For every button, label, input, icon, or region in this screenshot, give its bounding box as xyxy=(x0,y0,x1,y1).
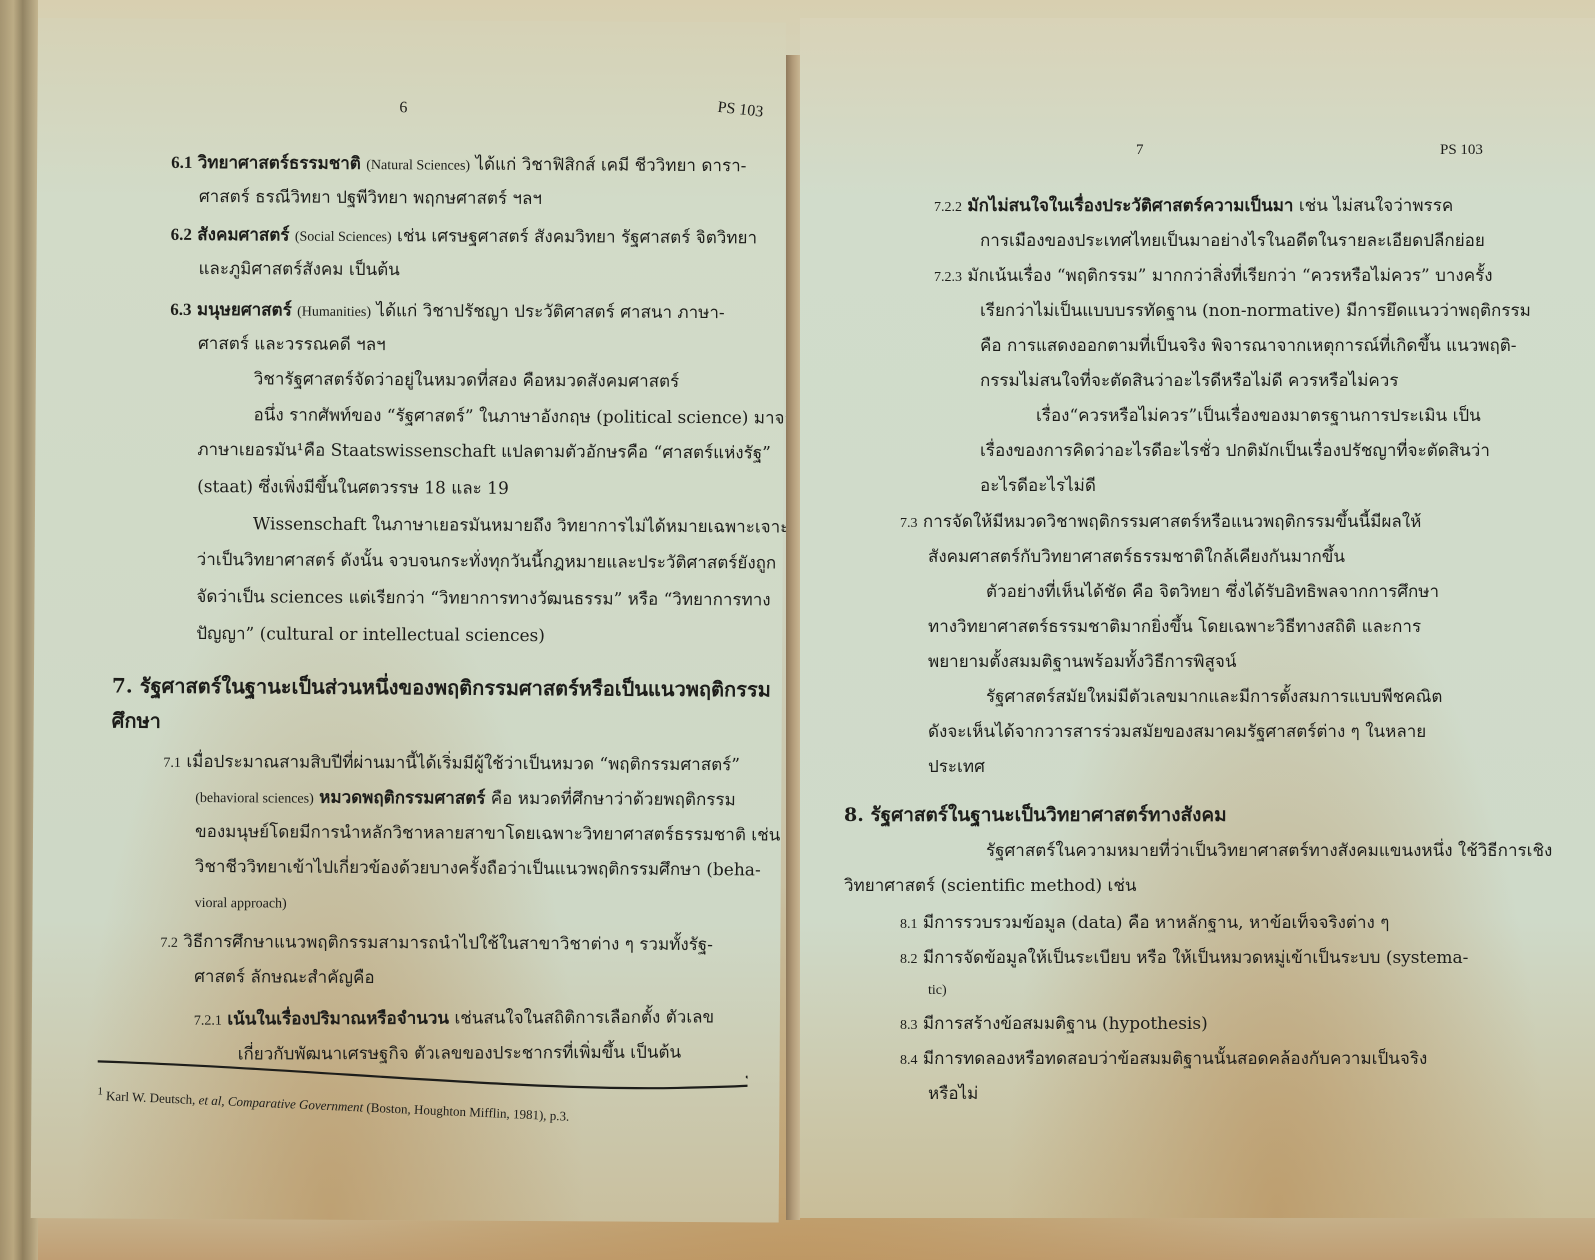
book-spread: 6 PS 103 6.1 วิทยาศาสตร์ธรรมชาติ (Natura… xyxy=(0,0,1595,1260)
item-text: มีการจัดข้อมูลให้เป็นระเบียบ หรือ ให้เป็… xyxy=(923,948,1469,968)
list-item-continuation: ของมนุษย์โดยมีการนำหลักวิชาหลายสาขาโดยเฉ… xyxy=(195,824,780,845)
item-number: 7.2.3 xyxy=(934,270,962,285)
paragraph-classification: วิชารัฐศาสตร์จัดว่าอยู่ในหมวดที่สอง คือห… xyxy=(254,371,680,391)
list-item: 6.3 มนุษยศาสตร์ (Humanities) ได้แก่ วิชา… xyxy=(170,301,725,322)
list-item-continuation: คือ การแสดงออกตามที่เป็นจริง พิจารณาจากเ… xyxy=(980,338,1517,355)
list-item: 7.2.1 เน้นในเรื่องปริมาณหรือจำนวน เช่นสน… xyxy=(194,1009,714,1028)
item-english-term: (Natural Sciences) xyxy=(366,158,470,174)
item-number: 7.2.2 xyxy=(934,200,962,215)
paragraph-root-line: อนึ่ง รากศัพท์ของ “รัฐศาสตร์” ในภาษาอังก… xyxy=(254,407,805,427)
list-item: 8.1 มีการรวบรวมข้อมูล (data) คือ หาหลักฐ… xyxy=(900,915,1389,932)
bold-term: มักไม่สนใจในเรื่องประวัติศาสตร์ความเป็นม… xyxy=(967,196,1293,216)
footnote-marker: 1 xyxy=(97,1085,103,1097)
paragraph-example-line: ตัวอย่างที่เห็นได้ชัด คือ จิตวิทยา ซึ่งไ… xyxy=(986,584,1439,601)
list-item-continuation: ศาสตร์ ลักษณะสำคัญคือ xyxy=(194,969,375,987)
page-number: 7 xyxy=(1136,143,1144,158)
item-text: ได้แก่ วิชาฟิสิกส์ เคมี ชีววิทยา ดารา- xyxy=(475,155,746,177)
list-item-continuation: กรรมไม่สนใจที่จะตัดสินว่าอะไรดีหรือไม่ดี… xyxy=(980,373,1398,390)
list-item-continuation: tic) xyxy=(928,984,947,998)
footnote-title: Comparative Government xyxy=(228,1094,364,1115)
item-text: คือ หมวดที่ศึกษาว่าด้วยพฤติกรรม xyxy=(491,789,736,810)
list-item: 8.4 มีการทดลองหรือทดสอบว่าข้อสมมติฐานนั้… xyxy=(900,1051,1427,1068)
section-intro-line: วิทยาศาสตร์ (scientific method) เช่น xyxy=(844,878,1137,895)
list-item: 6.1 วิทยาศาสตร์ธรรมชาติ (Natural Science… xyxy=(171,154,746,176)
paragraph-wissenschaft-line: Wissenschaft ในภาษาเยอรมันหมายถึง วิทยาก… xyxy=(253,516,808,536)
item-term: มนุษยศาสตร์ xyxy=(197,300,292,321)
paragraph-root-line: (staat) ซึ่งเพิ่งมีขึ้นในศตวรรษ 18 และ 1… xyxy=(197,479,509,498)
item-number: 8.2 xyxy=(900,952,918,967)
item-number: 7.1 xyxy=(163,756,181,771)
footnote-rule xyxy=(97,1058,747,1092)
section-heading: 7. รัฐศาสตร์ในฐานะเป็นส่วนหนึ่งของพฤติกร… xyxy=(112,675,771,699)
item-number: 6.2 xyxy=(171,225,192,244)
list-item-continuation: สังคมศาสตร์กับวิทยาศาสตร์ธรรมชาติใกล้เคี… xyxy=(928,549,1345,566)
item-term: วิทยาศาสตร์ธรรมชาติ xyxy=(198,153,361,174)
item-number: 8.4 xyxy=(900,1053,918,1068)
paragraph-modern-line: รัฐศาสตร์สมัยใหม่มีตัวเลขมากและมีการตั้ง… xyxy=(986,689,1442,706)
footnote-author: Karl W. Deutsch, xyxy=(106,1088,196,1107)
item-english-term: (Humanities) xyxy=(297,305,371,320)
list-item: 7.2.2 มักไม่สนใจในเรื่องประวัติศาสตร์ควา… xyxy=(934,198,1453,215)
list-item: 8.2 มีการจัดข้อมูลให้เป็นระเบียบ หรือ ให… xyxy=(900,950,1468,967)
item-number: 7.2 xyxy=(160,936,178,951)
item-text: มีการสร้างข้อสมมติฐาน (hypothesis) xyxy=(923,1014,1208,1034)
item-text: ได้แก่ วิชาปรัชญา ประวัติศาสตร์ ศาสนา ภา… xyxy=(376,301,724,323)
list-item: 7.3 การจัดให้มีหมวดวิชาพฤติกรรมศาสตร์หรื… xyxy=(900,514,1421,531)
bold-term: หมวดพฤติกรรมศาสตร์ xyxy=(319,788,485,809)
list-item-continuation: หรือไม่ xyxy=(928,1086,978,1103)
section-heading: 8. รัฐศาสตร์ในฐานะเป็นวิทยาศาสตร์ทางสังค… xyxy=(844,806,1227,825)
course-code: PS 103 xyxy=(717,100,764,121)
paragraph-example-line: ทางวิทยาศาสตร์ธรรมชาติมากยิ่งขึ้น โดยเฉพ… xyxy=(928,619,1421,636)
item-text: วิธีการศึกษาแนวพฤติกรรมสามารถนำไปใช้ในสา… xyxy=(183,932,713,955)
paragraph-normative-line: เรื่องของการคิดว่าอะไรดีอะไรชั่ว ปกติมัก… xyxy=(980,443,1490,460)
item-number: 7.3 xyxy=(900,516,918,531)
paragraph-normative-line: อะไรดีอะไรไม่ดี xyxy=(980,478,1096,495)
item-english-term: (Social Sciences) xyxy=(295,230,392,246)
paragraph-modern-line: ประเทศ xyxy=(928,759,985,776)
item-text: มีการรวบรวมข้อมูล (data) คือ หาหลักฐาน, … xyxy=(923,913,1389,933)
paragraph-wissenschaft-line: ว่าเป็นวิทยาศาสตร์ ดังนั้น จวบจนกระทั่งท… xyxy=(197,552,777,573)
section-intro-line: รัฐศาสตร์ในความหมายที่ว่าเป็นวิทยาศาสตร์… xyxy=(986,843,1552,860)
right-page: 7 PS 103 7.2.2 มักไม่สนใจในเรื่องประวัติ… xyxy=(800,18,1595,1218)
list-item-continuation: เรียกว่าไม่เป็นแบบบรรทัดฐาน (non-normati… xyxy=(980,303,1531,320)
list-item-continuation: ศาสตร์ และวรรณคดี ฯลฯ xyxy=(198,336,386,354)
item-number: 8.3 xyxy=(900,1018,918,1033)
left-page: 6 PS 103 6.1 วิทยาศาสตร์ธรรมชาติ (Natura… xyxy=(31,18,786,1223)
list-item: 7.1 เมื่อประมาณสามสิบปีที่ผ่านมานี้ได้เร… xyxy=(163,754,740,775)
list-item-continuation: การเมืองของประเทศไทยเป็นมาอย่างไรในอดีตใ… xyxy=(980,233,1485,250)
item-text: เมื่อประมาณสามสิบปีที่ผ่านมานี้ได้เริ่มม… xyxy=(186,752,740,775)
footnote-etal: et al, xyxy=(198,1092,225,1108)
list-item-continuation: วิชาชีววิทยาเข้าไปเกี่ยวข้องด้วยบางครั้ง… xyxy=(195,859,761,879)
list-item: 6.2 สังคมศาสตร์ (Social Sciences) เช่น เ… xyxy=(171,226,757,248)
paragraph-normative-line: เรื่อง“ควรหรือไม่ควร”เป็นเรื่องของมาตรฐา… xyxy=(1036,408,1481,425)
paragraph-wissenschaft-line: จัดว่าเป็น sciences แต่เรียกว่า “วิทยากา… xyxy=(196,589,770,610)
list-item-continuation: vioral approach) xyxy=(195,897,287,912)
section-heading-continuation: ศึกษา xyxy=(112,710,161,730)
item-text: มักเน้นเรื่อง “พฤติกรรม” มากกว่าสิ่งที่เ… xyxy=(967,266,1492,286)
item-number: 8.1 xyxy=(900,917,918,932)
item-text: มีการทดลองหรือทดสอบว่าข้อสมมติฐานนั้นสอด… xyxy=(923,1049,1427,1069)
list-item-continuation: และภูมิศาสตร์สังคม เป็นต้น xyxy=(198,261,399,279)
paragraph-modern-line: ดังจะเห็นได้จากวารสารร่วมสมัยของสมาคมรัฐ… xyxy=(928,724,1426,741)
item-number: 7.2.1 xyxy=(194,1014,222,1029)
item-text: เช่น เศรษฐศาสตร์ สังคมวิทยา รัฐศาสตร์ จิ… xyxy=(397,226,757,248)
item-text: เช่นสนใจในสถิติการเลือกตั้ง ตัวเลข xyxy=(454,1007,714,1028)
item-term: สังคมศาสตร์ xyxy=(197,225,289,246)
footnote: 1 Karl W. Deutsch, et al, Comparative Go… xyxy=(97,1086,570,1122)
footnote-publication: (Boston, Houghton Mifflin, 1981), p.3. xyxy=(366,1100,570,1124)
list-item: 8.3 มีการสร้างข้อสมมติฐาน (hypothesis) xyxy=(900,1016,1208,1033)
item-number: 6.3 xyxy=(170,300,191,319)
list-item-continuation: ศาสตร์ ธรณีวิทยา ปฐพีวิทยา พฤกษศาสตร์ ฯล… xyxy=(199,189,542,208)
item-text: เช่น ไม่สนใจว่าพรรค xyxy=(1299,196,1453,216)
english-term: (behavioral sciences) xyxy=(195,791,314,807)
paragraph-wissenschaft-line: ปัญญา” (cultural or intellectual science… xyxy=(196,626,545,645)
paragraph-example-line: พยายามตั้งสมมติฐานพร้อมทั้งวิธีการพิสูจน… xyxy=(928,654,1236,671)
book-gutter xyxy=(786,55,800,1220)
list-item-continuation: (behavioral sciences) หมวดพฤติกรรมศาสตร์… xyxy=(195,789,736,809)
item-text: การจัดให้มีหมวดวิชาพฤติกรรมศาสตร์หรือแนว… xyxy=(923,512,1421,532)
list-item: 7.2 วิธีการศึกษาแนวพฤติกรรมสามารถนำไปใช้… xyxy=(160,934,713,954)
list-item: 7.2.3 มักเน้นเรื่อง “พฤติกรรม” มากกว่าสิ… xyxy=(934,268,1493,285)
paragraph-root-line: ภาษาเยอรมัน¹คือ Staatswissenschaft แปลตา… xyxy=(197,442,771,463)
item-number: 6.1 xyxy=(171,153,192,172)
page-number: 6 xyxy=(399,100,407,116)
course-code: PS 103 xyxy=(1440,143,1483,158)
bold-term: เน้นในเรื่องปริมาณหรือจำนวน xyxy=(227,1009,449,1030)
